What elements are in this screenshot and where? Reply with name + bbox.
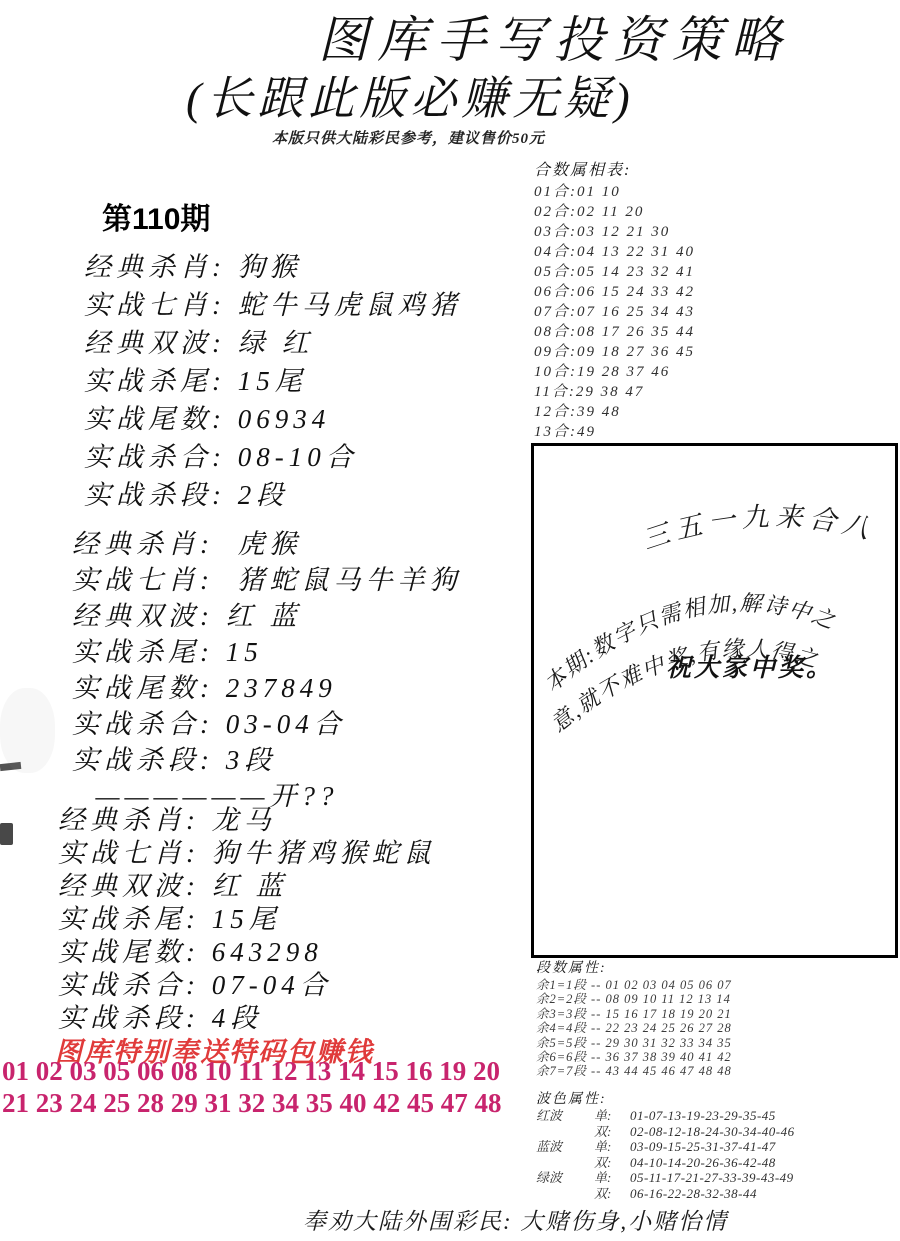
prediction-line: 实战杀段: 3段 bbox=[72, 742, 462, 778]
wave-numbers: 01-07-13-19-23-29-35-45 bbox=[630, 1108, 776, 1124]
wave-color-row: 双: 06-16-22-28-32-38-44 bbox=[536, 1186, 795, 1202]
page-subtitle: (长跟此版必赚无疑) bbox=[186, 62, 635, 128]
segment-row: 余1=1段 -- 01 02 03 04 05 06 07 bbox=[536, 978, 732, 992]
segment-row: 余6=6段 -- 36 37 38 39 40 41 42 bbox=[536, 1050, 732, 1064]
segment-row: 余2=2段 -- 08 09 10 11 12 13 14 bbox=[536, 992, 732, 1006]
wave-numbers: 03-09-15-25-31-37-41-47 bbox=[630, 1139, 776, 1155]
prediction-block-1: 经典杀肖: 狗猴 实战七肖: 蛇牛马虎鼠鸡猪 经典双波: 绿 红 实战杀尾: 1… bbox=[84, 248, 462, 514]
wave-color-row: 绿波 单: 05-11-17-21-27-33-39-43-49 bbox=[536, 1170, 795, 1186]
segment-table: 段数属性: 余1=1段 -- 01 02 03 04 05 06 07 余2=2… bbox=[536, 960, 732, 1079]
sum-zodiac-row: 13合:49 bbox=[534, 422, 695, 442]
sum-zodiac-table: 合数属相表: 01合:01 10 02合:02 11 20 03合:03 12 … bbox=[534, 160, 695, 442]
prediction-line: 实战尾数: 643298 bbox=[58, 936, 436, 969]
wave-name: 蓝波 bbox=[536, 1139, 594, 1155]
prediction-line: 实战尾数: 237849 bbox=[72, 670, 462, 706]
wave-color-row: 双: 04-10-14-20-26-36-42-48 bbox=[536, 1155, 795, 1171]
sum-zodiac-row: 11合:29 38 47 bbox=[534, 382, 695, 402]
wave-color-title: 波色属性: bbox=[536, 1091, 795, 1108]
segment-table-title: 段数属性: bbox=[536, 960, 732, 978]
wave-color-row: 蓝波 单: 03-09-15-25-31-37-41-47 bbox=[536, 1139, 795, 1155]
prediction-line: 经典双波: 绿 红 bbox=[84, 324, 462, 362]
wave-name bbox=[536, 1155, 594, 1171]
price-note: 本版只供大陆彩民参考，建议售价50元 bbox=[272, 127, 545, 148]
prediction-line: 实战杀尾: 15尾 bbox=[58, 903, 436, 936]
prediction-line: 实战杀段: 2段 bbox=[84, 476, 462, 514]
sum-zodiac-row: 09合:09 18 27 36 45 bbox=[534, 342, 695, 362]
footer-advice: 奉劝大陆外围彩民: 大赌伤身,小赌怡情 bbox=[303, 1203, 728, 1236]
sum-zodiac-title: 合数属相表: bbox=[534, 160, 695, 182]
prediction-block-3: 经典杀肖: 龙马 实战七肖: 狗牛猪鸡猴蛇鼠 经典双波: 红 蓝 实战杀尾: 1… bbox=[58, 804, 436, 1035]
segment-row: 余5=5段 -- 29 30 31 32 33 34 35 bbox=[536, 1036, 732, 1050]
prediction-line: 实战杀合: 08-10合 bbox=[84, 438, 462, 476]
ink-smudge bbox=[0, 688, 55, 773]
wave-color-row: 红波 单: 01-07-13-19-23-29-35-45 bbox=[536, 1108, 795, 1124]
prediction-line: 实战杀合: 07-04合 bbox=[58, 969, 436, 1002]
poem-arc-line-1: 三五一九来合八 bbox=[639, 501, 879, 555]
sum-zodiac-row: 12合:39 48 bbox=[534, 402, 695, 422]
prediction-line: 实战杀尾: 15尾 bbox=[84, 362, 462, 400]
special-numbers-row-1: 01 02 03 05 06 08 10 11 12 13 14 15 16 1… bbox=[2, 1056, 500, 1087]
wave-numbers: 02-08-12-18-24-30-34-40-46 bbox=[630, 1124, 795, 1140]
wave-parity-label: 双: bbox=[594, 1155, 630, 1171]
prediction-line: 经典双波: 红 蓝 bbox=[72, 598, 462, 634]
sum-zodiac-row: 05合:05 14 23 32 41 bbox=[534, 262, 695, 282]
poem-box: 三五一九来合八 本期:数字只需相加,解诗中之 意,就不难中奖,有缘人得之 祝大家… bbox=[531, 443, 898, 958]
sum-zodiac-row: 08合:08 17 26 35 44 bbox=[534, 322, 695, 342]
sum-zodiac-row: 10合:19 28 37 46 bbox=[534, 362, 695, 382]
wave-name bbox=[536, 1186, 594, 1202]
wave-name: 绿波 bbox=[536, 1170, 594, 1186]
page: 图库手写投资策略 (长跟此版必赚无疑) 本版只供大陆彩民参考，建议售价50元 合… bbox=[0, 0, 900, 1241]
sum-zodiac-row: 03合:03 12 21 30 bbox=[534, 222, 695, 242]
wave-color-row: 双: 02-08-12-18-24-30-34-40-46 bbox=[536, 1124, 795, 1140]
wave-name: 红波 bbox=[536, 1108, 594, 1124]
prediction-line: 经典杀肖: 龙马 bbox=[58, 804, 436, 837]
wave-color-table: 波色属性: 红波 单: 01-07-13-19-23-29-35-45 双: 0… bbox=[536, 1091, 795, 1202]
wave-numbers: 05-11-17-21-27-33-39-43-49 bbox=[630, 1170, 794, 1186]
wave-parity-label: 单: bbox=[594, 1139, 630, 1155]
segment-row: 余7=7段 -- 43 44 45 46 47 48 48 bbox=[536, 1064, 732, 1078]
prediction-line: 实战七肖: 猪蛇鼠马牛羊狗 bbox=[72, 562, 462, 598]
sum-zodiac-row: 04合:04 13 22 31 40 bbox=[534, 242, 695, 262]
sum-zodiac-row: 02合:02 11 20 bbox=[534, 202, 695, 222]
wave-parity-label: 双: bbox=[594, 1124, 630, 1140]
prediction-line: 经典杀肖: 狗猴 bbox=[84, 248, 462, 286]
prediction-line: 实战尾数: 06934 bbox=[84, 400, 462, 438]
wave-numbers: 04-10-14-20-26-36-42-48 bbox=[630, 1155, 776, 1171]
wave-parity-label: 双: bbox=[594, 1186, 630, 1202]
prediction-line: 实战七肖: 蛇牛马虎鼠鸡猪 bbox=[84, 286, 462, 324]
segment-row: 余4=4段 -- 22 23 24 25 26 27 28 bbox=[536, 1021, 732, 1035]
ink-smudge bbox=[0, 823, 13, 845]
poem-wish: 祝大家中奖。 bbox=[666, 654, 834, 682]
sum-zodiac-row: 01合:01 10 bbox=[534, 182, 695, 202]
wave-numbers: 06-16-22-28-32-38-44 bbox=[630, 1186, 757, 1202]
segment-row: 余3=3段 -- 15 16 17 18 19 20 21 bbox=[536, 1007, 732, 1021]
issue-label: 第110期 bbox=[102, 194, 210, 238]
prediction-line: 经典杀肖: 虎猴 bbox=[72, 526, 462, 562]
wave-parity-label: 单: bbox=[594, 1170, 630, 1186]
prediction-line: 经典双波: 红 蓝 bbox=[58, 870, 436, 903]
special-numbers-row-2: 21 23 24 25 28 29 31 32 34 35 40 42 45 4… bbox=[2, 1088, 502, 1119]
prediction-line: 实战杀尾: 15 bbox=[72, 634, 462, 670]
wave-parity-label: 单: bbox=[594, 1108, 630, 1124]
wave-name bbox=[536, 1124, 594, 1140]
sum-zodiac-row: 06合:06 15 24 33 42 bbox=[534, 282, 695, 302]
prediction-line: 实战七肖: 狗牛猪鸡猴蛇鼠 bbox=[58, 837, 436, 870]
prediction-block-2: 经典杀肖: 虎猴 实战七肖: 猪蛇鼠马牛羊狗 经典双波: 红 蓝 实战杀尾: 1… bbox=[72, 526, 462, 814]
prediction-line: 实战杀合: 03-04合 bbox=[72, 706, 462, 742]
svg-text:三五一九来合八: 三五一九来合八 bbox=[639, 501, 879, 555]
poem-arc-canvas: 三五一九来合八 本期:数字只需相加,解诗中之 意,就不难中奖,有缘人得之 祝大家… bbox=[534, 446, 895, 955]
sum-zodiac-row: 07合:07 16 25 34 43 bbox=[534, 302, 695, 322]
